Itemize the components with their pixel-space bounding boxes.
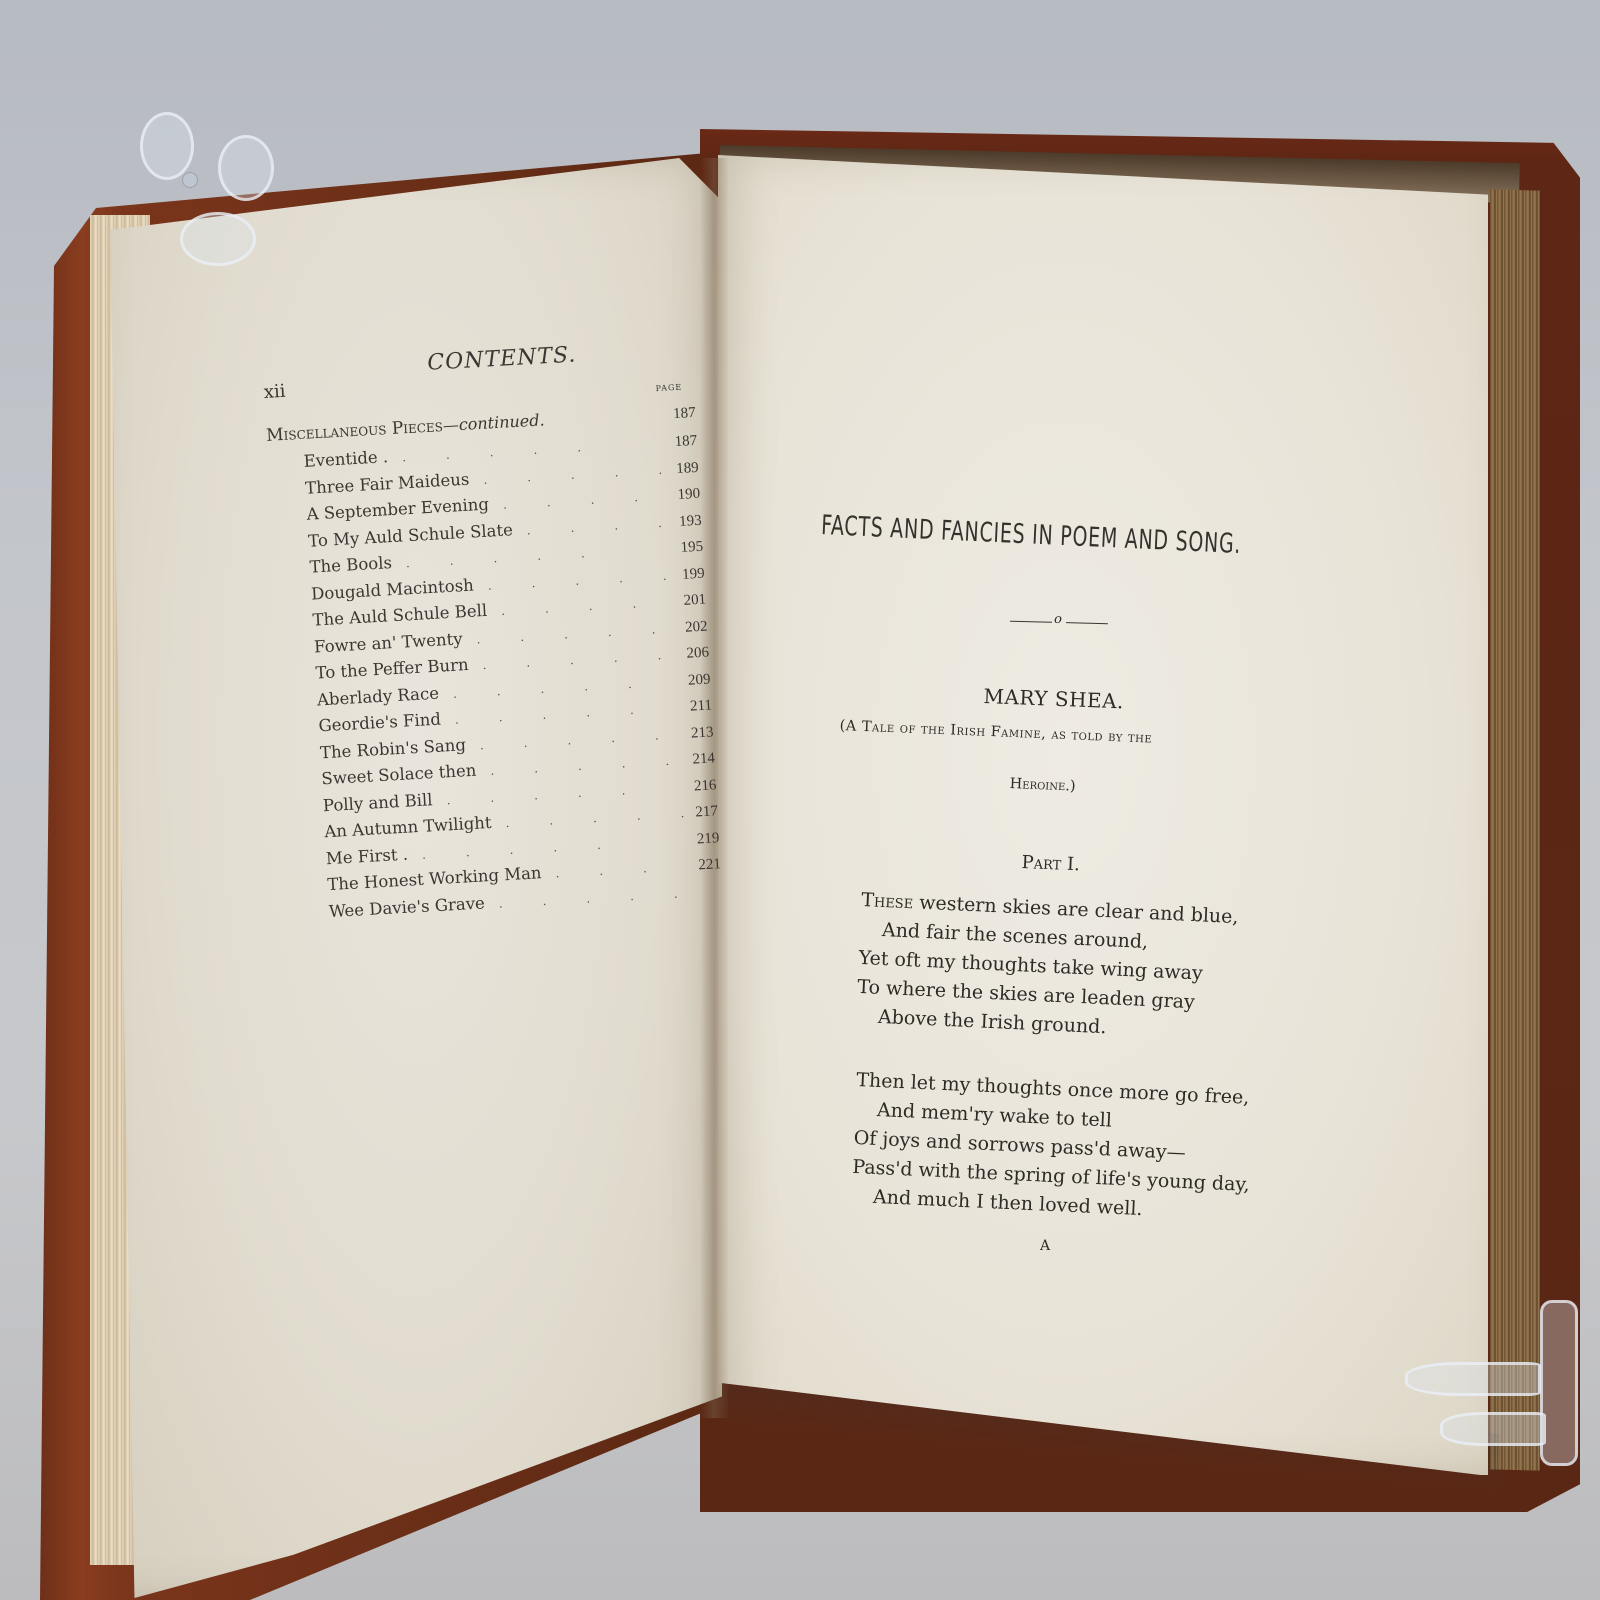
stanza-2: Then let my thoughts once more go free, … <box>850 1066 1254 1229</box>
section-suffix: —continued. <box>442 410 545 435</box>
poem-subtitle-line2: Heroine.) <box>1009 776 1076 795</box>
table-of-contents: xii CONTENTS. PAGE Miscellaneous Pieces … <box>262 336 723 930</box>
part-heading: Part I. <box>1021 852 1080 875</box>
right-page <box>718 155 1488 1475</box>
section-page: 187 <box>661 405 696 424</box>
ornamental-rule: o <box>1010 611 1110 634</box>
text-block-fore-edge <box>1490 189 1540 1470</box>
section-title: Miscellaneous Pieces <box>266 416 444 446</box>
book-photo-scene: xii CONTENTS. PAGE Miscellaneous Pieces … <box>0 0 1600 1600</box>
page-folio: xii <box>263 381 286 403</box>
page-column-label: PAGE <box>655 383 682 393</box>
stanza-1: These western skies are clear and blue, … <box>855 886 1239 1048</box>
signature-mark: A <box>1040 1238 1050 1254</box>
